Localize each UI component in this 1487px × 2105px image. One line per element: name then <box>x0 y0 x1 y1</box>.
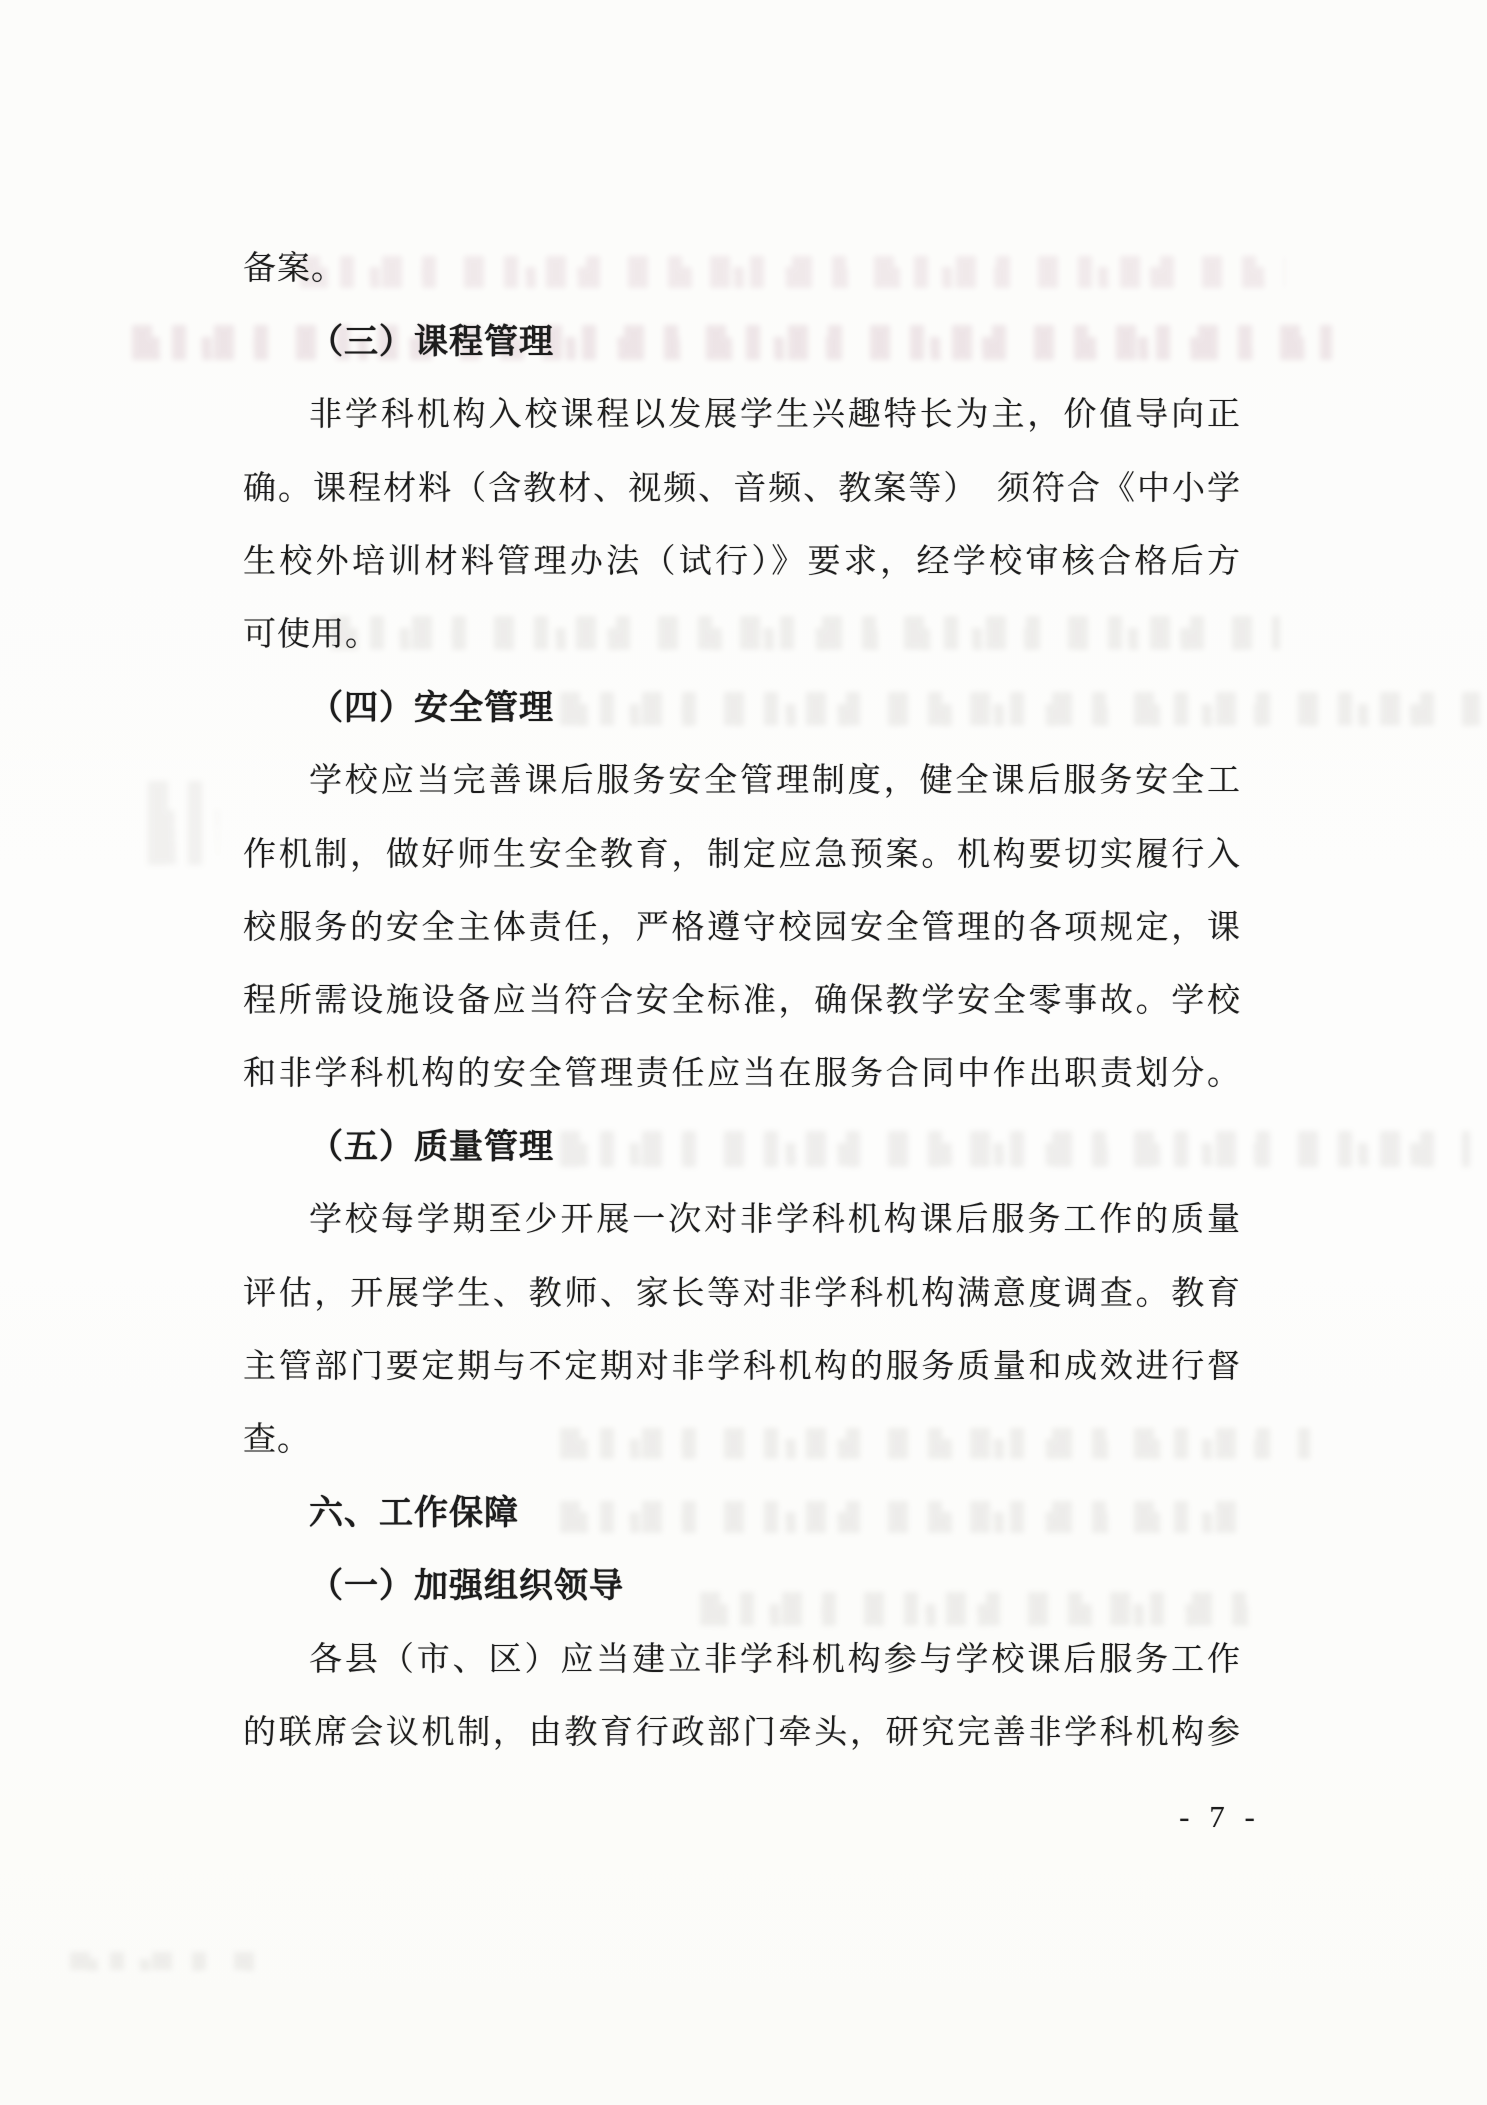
text-line: 各县（市、区）应当建立非学科机构参与学校课后服务工作 <box>243 1624 1240 1697</box>
bleed-through-smudge <box>148 770 218 890</box>
text-line: 学校应当完善课后服务安全管理制度，健全课后服务安全工 <box>243 745 1240 818</box>
text-line: 生校外培训材料管理办法（试行）》要求，经学校审核合格后方 <box>243 526 1240 599</box>
text-line: 和非学科机构的安全管理责任应当在服务合同中作出职责划分。 <box>243 1038 1240 1111</box>
text-line: 评估，开展学生、教师、家长等对非学科机构满意度调查。教育 <box>243 1258 1240 1331</box>
text-line: 查。 <box>243 1404 1240 1477</box>
document-text-block: 备案。（三）课程管理非学科机构入校课程以发展学生兴趣特长为主，价值导向正确。课程… <box>243 233 1240 1770</box>
text-line: 备案。 <box>243 233 1240 306</box>
text-line: 确。课程材料（含教材、视频、音频、教案等） 须符合《中小学 <box>243 453 1240 526</box>
text-line: 非学科机构入校课程以发展学生兴趣特长为主，价值导向正 <box>243 379 1240 452</box>
text-line: 可使用。 <box>243 599 1240 672</box>
text-line: 校服务的安全主体责任，严格遵守校园安全管理的各项规定，课 <box>243 892 1240 965</box>
text-line: 六、工作保障 <box>243 1477 1240 1550</box>
text-line: 学校每学期至少开展一次对非学科机构课后服务工作的质量 <box>243 1184 1240 1257</box>
document-page: 备案。（三）课程管理非学科机构入校课程以发展学生兴趣特长为主，价值导向正确。课程… <box>0 0 1487 2105</box>
text-line: 作机制，做好师生安全教育，制定应急预案。机构要切实履行入 <box>243 819 1240 892</box>
text-line: （五）质量管理 <box>243 1111 1240 1184</box>
page-number: - 7 - <box>1150 1799 1290 1835</box>
text-line: 的联席会议机制，由教育行政部门牵头，研究完善非学科机构参 <box>243 1697 1240 1770</box>
text-line: （三）课程管理 <box>243 306 1240 379</box>
text-line: 主管部门要定期与不定期对非学科机构的服务质量和成效进行督 <box>243 1331 1240 1404</box>
bleed-through-smudge <box>70 1950 270 1976</box>
text-line: （一）加强组织领导 <box>243 1550 1240 1623</box>
text-line: 程所需设施设备应当符合安全标准，确保教学安全零事故。学校 <box>243 965 1240 1038</box>
text-line: （四）安全管理 <box>243 672 1240 745</box>
